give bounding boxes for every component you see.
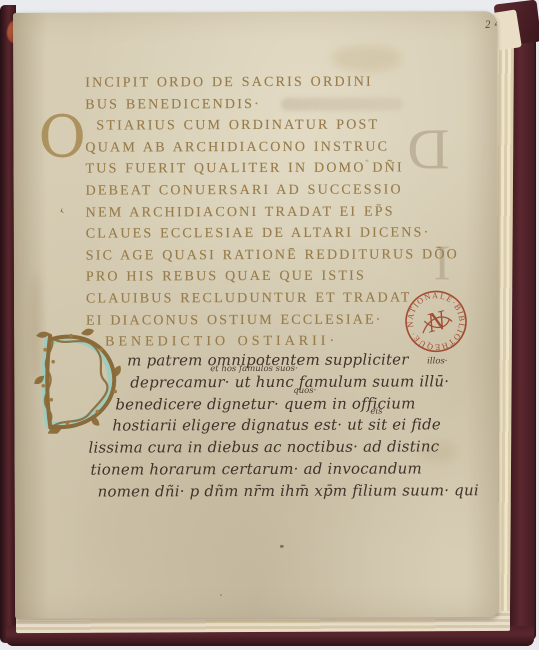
ink-speck [280,545,284,548]
uncial-line: DEBEAT CONUERSARI AD SUCCESSIO [86,179,481,202]
uncial-line: INCIPIT ORDO DE SACRIS ORDINI [85,71,480,94]
uncial-line: NEM ARCHIDIACONI TRADAT EI EP̄S [86,201,481,224]
minuscule-line-text: deprecamur· ut hunc famulum suum illū· [130,372,449,391]
manuscript-photograph: D I 24 O ‹ INCIPIT ORDO DE SACRIS ORDINI… [0,0,539,650]
parchment-page: D I 24 O ‹ INCIPIT ORDO DE SACRIS ORDINI… [13,11,499,619]
parchment-stain [331,45,401,71]
interlinear-gloss: eis [370,407,382,417]
margin-insertion-mark: ‹ [57,202,65,217]
stamp-monogram: N [422,304,450,339]
minuscule-line: eishostiarii eligere dignatus est· ut si… [112,416,485,439]
binding-cover-right [510,8,536,640]
uncial-line: TUS FUERIT QUALITER IN DOMO DÑI [85,158,480,181]
interlinear-gloss: et hos famulos suos· [210,364,298,374]
minuscule-line: lissima cura in diebus ac noctibus· ad d… [88,437,485,460]
uncial-line: BUS BENEDICENDIS· [85,93,480,116]
ink-speck [220,594,222,596]
uncial-line: CLAUES ECCLESIAE DE ALTARI DICENS· [86,222,481,245]
uncial-line: QUAM AB ARCHIDIACONO INSTRUC [85,136,480,159]
minuscule-line: quos·benedicere dignetur· quem in offici… [115,394,485,417]
minuscule-text-block: illos·m patrem omnipotentem supplicitere… [85,350,486,504]
uncial-line: STIARIUS CUM ORDINATUR POST [96,114,480,137]
interlinear-gloss: quos· [293,385,316,395]
uncial-line: SIC AGE QUASI RATIONĒ REDDITURUS DÕO [86,244,481,267]
minuscule-line-text: tionem horarum certarum· ad invocandum [91,459,422,478]
folio-number: 24 [484,17,499,31]
minuscule-line-text: nomen dñi· p dñm nr̄m ihm̄ xp̄m filium s… [98,481,479,500]
minuscule-line: nomen dñi· p dñm nr̄m ihm̄ xp̄m filium s… [98,481,486,504]
minuscule-line-text: lissima cura in diebus ac noctibus· ad d… [88,438,439,457]
interlinear-gloss: illos· [427,356,447,366]
minuscule-line: tionem horarum certarum· ad invocandum [91,459,486,482]
uncial-line: PRO HIS REBUS QUAE QUE ISTIS [86,266,481,289]
initial-o: O [38,108,86,166]
minuscule-line-text: hostiarii eligere dignatus est· ut sit e… [112,416,441,435]
